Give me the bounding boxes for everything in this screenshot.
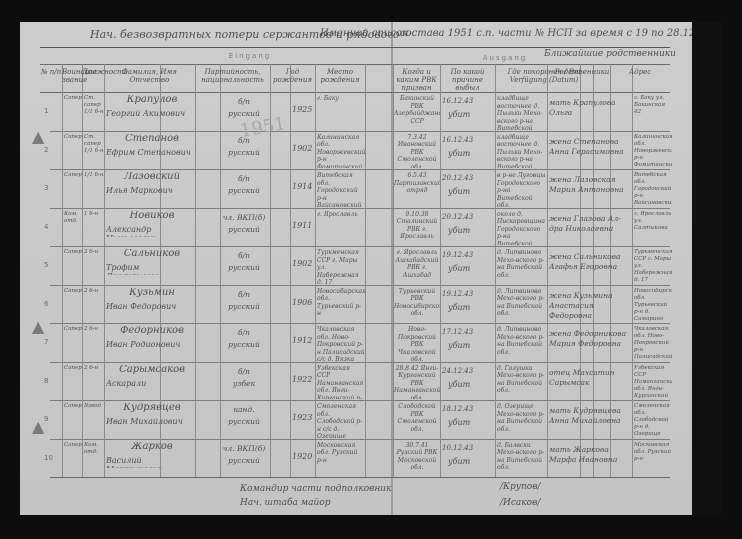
column-header: Год рождения	[270, 68, 315, 84]
nationality-cell: русский	[220, 263, 268, 273]
column-divider	[495, 64, 496, 477]
unit-cell: 2 б-н	[84, 249, 104, 284]
unit-cell: 2 б-н	[84, 288, 104, 323]
birthplace-cell: г. Ярославль	[317, 211, 365, 246]
footer-signature-2: /Исаков/	[500, 498, 540, 508]
burial-cell: в р-не Луговцы Городокского р-на Витебск…	[497, 172, 547, 207]
reason-cell: убит	[448, 341, 494, 351]
party-cell: чл. ВКП(б)	[220, 444, 268, 454]
drafted-cell: Турьевский РВК Новосибирской обл.	[394, 288, 440, 323]
date-cell: 10.12.43	[442, 444, 494, 454]
row-number: 5	[44, 261, 48, 269]
unit-cell: 1/1 б-н	[84, 172, 104, 207]
address-cell: Смоленская обл. Слободской р-н д. Озерищ…	[634, 403, 672, 438]
reason-cell: убит	[448, 457, 494, 467]
birthplace-cell: Чкаловская обл. Ново-Покровский р-н Пали…	[317, 326, 365, 361]
reason-cell: убит	[448, 110, 494, 120]
hole-punch-mark: ▲	[32, 127, 44, 146]
nationality-cell: русский	[220, 340, 268, 350]
column-header: Место рождения	[315, 68, 365, 84]
birth-year-cell: 1923	[292, 413, 314, 423]
birth-year-cell: 1906	[292, 298, 314, 308]
rank-cell: Сапер	[64, 134, 82, 169]
reason-cell: убит	[448, 187, 494, 197]
unit-cell: Ст. сапер 1/1 б-н	[84, 134, 104, 169]
burial-cell: д. Литвиново Мехо-вского р-на Витебской …	[497, 249, 547, 284]
row-number: 8	[44, 377, 48, 385]
drafted-cell: 9.10.38 Сталинский РВК г. Ярославль	[394, 211, 440, 246]
relative-cell: жена Лазовская Мария Антоновна	[549, 175, 631, 210]
relative-cell: отец Махсатин Сарымсак	[549, 368, 631, 403]
column-header: Воинское звание	[62, 68, 82, 84]
party-cell: б/п	[220, 174, 268, 184]
given-name-cell: Ефрим Степанович	[106, 148, 194, 160]
nationality-cell: русский	[220, 186, 268, 196]
section-relatives: Ближайшие родственники	[540, 50, 680, 58]
party-cell: б/п	[220, 97, 268, 107]
column-divider	[440, 64, 441, 477]
relative-cell: жена Глазова Ал-дра Николаевна	[549, 214, 631, 249]
birthplace-cell: Туркменская ССР г. Мары ул. Набережная д…	[317, 249, 365, 284]
party-cell: б/п	[220, 290, 268, 300]
unit-cell: 2 б-н	[84, 365, 104, 400]
given-name-cell: Василий Мартынович	[106, 456, 194, 468]
given-name-cell: Трофим Дмитриевич	[106, 263, 194, 275]
unit-cell: 1 б-н	[84, 211, 104, 246]
burial-cell: кладбище восточнее д. Пыльки Мехо-вского…	[497, 95, 547, 130]
column-divider	[315, 64, 316, 477]
footer-chief-of-staff: Нач. штаба майор	[240, 498, 330, 508]
unit-cell: 2 б-н	[84, 326, 104, 361]
surname-cell: Лазовский	[110, 172, 194, 184]
birthplace-cell: Витебская обл. Городокский р-н Вайсановс…	[317, 172, 365, 207]
rank-cell: Сапер	[64, 95, 82, 130]
surname-cell: Крапулов	[110, 95, 194, 107]
birth-year-cell: 1920	[292, 452, 314, 462]
rank-cell: Сапер	[64, 288, 82, 323]
unit-cell: Ст. сапер 1/1 б-н	[84, 95, 104, 130]
party-cell: чл. ВКП(б)	[220, 213, 268, 223]
drafted-cell: Ново-Покровский РВК Чкаловской обл.	[394, 326, 440, 361]
header-middle: Именной список	[320, 28, 408, 39]
relative-cell: мать Жаркова Марфа Ивановна	[549, 445, 631, 480]
given-name-cell: Иван Михайлович	[106, 417, 194, 429]
surname-cell: Кузьмин	[110, 288, 194, 300]
given-name-cell: Александр Николаевич	[106, 225, 194, 237]
footer-commander: Командир части подполковник	[240, 484, 391, 494]
column-divider	[290, 64, 291, 477]
column-header: Партийность, национальность	[195, 68, 270, 84]
address-cell: Витебская обл. Городокский р-н Вайсановс…	[634, 172, 672, 207]
rank-cell: Сапер	[64, 403, 82, 438]
birthplace-cell: Смоленская обл. Слободской р-н с/с д. Оз…	[317, 403, 365, 438]
birth-year-cell: 1902	[292, 144, 314, 154]
reason-cell: убит	[448, 380, 494, 390]
given-name-cell: Георгий Акимович	[106, 109, 194, 121]
surname-cell: Степанов	[110, 134, 194, 146]
document-sheet: Нач. безвозвратных потери сержантов и ря…	[20, 22, 692, 515]
column-divider	[547, 64, 548, 477]
unit-cell: Ком. отд.	[84, 442, 104, 477]
relative-cell: жена Степанова Анна Герасимовна	[549, 137, 631, 172]
address-cell: Московская обл. Рузский р-н	[634, 442, 672, 477]
address-cell: Узбекская ССР Наманганская обл. Янги-Кур…	[634, 365, 672, 400]
drafted-cell: Бакинский РВК Азербайджанской ССР	[394, 95, 440, 130]
burial-cell: д. Литвиново Мехо-вского р-на Витебской …	[497, 326, 547, 361]
address-cell: Калининская обл. Новоржевский р-н Фомити…	[634, 134, 672, 169]
row-number: 3	[44, 184, 48, 192]
row-number: 2	[44, 146, 48, 154]
column-header: Родственники	[547, 68, 617, 76]
given-name-cell: Иван Родионович	[106, 340, 194, 352]
section-ausgang: Ausgang	[475, 54, 535, 62]
row-divider	[40, 92, 670, 93]
column-divider	[104, 64, 105, 477]
relative-cell: жена Сальникова Агафья Егоровна	[549, 252, 631, 287]
drafted-cell: 7.3.42 Ивановский РВК Смоленской обл.	[394, 134, 440, 169]
unit-cell: Взвод	[84, 403, 104, 438]
column-divider	[365, 64, 366, 477]
surname-cell: Сарымсаков	[110, 365, 194, 377]
party-cell: б/п	[220, 251, 268, 261]
date-cell: 19.12.43	[442, 251, 494, 261]
column-header: № п/п	[40, 68, 62, 76]
date-cell: 20.12.43	[442, 213, 494, 223]
birthplace-cell: Узбекская ССР Наманганская обл. Янги-Кур…	[317, 365, 365, 400]
birthplace-cell: Московская обл. Рузский р-н	[317, 442, 365, 477]
rank-cell: Сапер	[64, 249, 82, 284]
date-cell: 17.12.43	[442, 328, 494, 338]
hole-punch-mark: ▲	[32, 417, 44, 436]
nationality-cell: русский	[220, 225, 268, 235]
surname-cell: Сальников	[110, 249, 194, 261]
nationality-cell: русский	[220, 302, 268, 312]
column-divider	[632, 64, 633, 477]
address-cell: г. Баку ул. Бакинская 42	[634, 95, 672, 130]
column-divider	[195, 64, 196, 477]
reason-cell: убит	[448, 149, 494, 159]
nationality-cell: русский	[220, 456, 268, 466]
date-cell: 20.12.43	[442, 174, 494, 184]
burial-cell: д. Литвиново Мехо-вского р-на Витебской …	[497, 288, 547, 323]
hole-punch-mark: ▲	[32, 317, 44, 336]
drafted-cell: г. Ярославль Ашхабадский РВК г. Ашхабад	[394, 249, 440, 284]
burial-cell: кладбище восточнее д. Пыльки Мехо-вского…	[497, 134, 547, 169]
header-right: состава 1951 с.п. части № НСП за время с…	[400, 28, 723, 39]
birthplace-cell: Калининская обл. Новоржевский р-н Фомити…	[317, 134, 365, 169]
row-divider	[40, 64, 670, 65]
column-header: Фамилия, Имя Отчество	[104, 68, 195, 84]
birthplace-cell: Новосибирская обл. Турьевский р-н	[317, 288, 365, 323]
rank-cell: Сапер	[64, 172, 82, 207]
drafted-cell: 28.8.42 Янги-Курганский РВК Наманганской…	[394, 365, 440, 400]
surname-cell: Федорников	[110, 326, 194, 338]
column-header: Должность	[82, 68, 104, 76]
relative-cell: мать Крапулова Ольга	[549, 98, 631, 133]
burial-cell: д. Озерище Мехо-вского р-на Витебской об…	[497, 403, 547, 438]
birth-year-cell: 1911	[292, 221, 314, 231]
header-rule	[40, 47, 670, 48]
drafted-cell: 30.7.41 Рузский РВК Московской обл.	[394, 442, 440, 477]
party-cell: канд. ВКП(б)	[220, 405, 268, 415]
given-name-cell: Аскарали	[106, 379, 194, 391]
relative-cell: жена Федорникова Мария Федоровна	[549, 329, 631, 364]
date-cell: 19.12.43	[442, 290, 494, 300]
footer-signature-1: /Крупов/	[500, 482, 540, 492]
birth-year-cell: 1925	[292, 105, 314, 115]
column-header: Когда и каким РВК призван	[393, 68, 440, 92]
surname-cell: Кудрявцев	[110, 403, 194, 415]
date-cell: 16.12.43	[442, 136, 494, 146]
column-divider	[82, 64, 83, 477]
row-number: 6	[44, 300, 48, 308]
row-number: 1	[44, 107, 48, 115]
column-header: По какой причине выбыл	[440, 68, 495, 92]
scan-border	[692, 22, 722, 515]
date-cell: 24.12.43	[442, 367, 494, 377]
birthplace-cell: г. Баку	[317, 95, 365, 130]
rank-cell: Ком. отд.	[64, 211, 82, 246]
row-number: 9	[44, 415, 48, 423]
date-cell: 16.12.43	[442, 97, 494, 107]
rank-cell: Сапер	[64, 326, 82, 361]
birth-year-cell: 1922	[292, 375, 314, 385]
row-number: 10	[44, 454, 53, 462]
nationality-cell: русский	[220, 148, 268, 158]
burial-cell: около д. Пискаревщина Городокского р-на …	[497, 211, 547, 246]
birth-year-cell: 1914	[292, 182, 314, 192]
section-eingang: Eingang	[180, 52, 320, 60]
given-name-cell: Иван Федорович	[106, 302, 194, 314]
reason-cell: убит	[448, 303, 494, 313]
reason-cell: убит	[448, 226, 494, 236]
birth-year-cell: 1912	[292, 336, 314, 346]
reason-cell: убит	[448, 264, 494, 274]
relative-cell: жена Кузьмина Анастасия Федоровна	[549, 291, 631, 326]
birth-year-cell: 1902	[292, 259, 314, 269]
surname-cell: Новиков	[110, 211, 194, 223]
party-cell: б/п	[220, 328, 268, 338]
party-cell: б/п	[220, 367, 268, 377]
drafted-cell: 6.5.43 Партизанский отряд	[394, 172, 440, 207]
relative-cell: мать Кудрявцева Анна Михайловна	[549, 406, 631, 441]
drafted-cell: Слободской РВК Смоленской обл.	[394, 403, 440, 438]
row-number: 4	[44, 223, 48, 231]
given-name-cell: Илья Маркович	[106, 186, 194, 198]
address-cell: Новосибирская обл. Турьевский р-н д. Сам…	[634, 288, 672, 323]
column-divider	[62, 64, 63, 477]
surname-cell: Жарков	[110, 442, 194, 454]
burial-cell: д. Галушки Мехо-вского р-на Витебской об…	[497, 365, 547, 400]
nationality-cell: русский	[220, 417, 268, 427]
address-cell: Туркменская ССР г. Мары ул. Набережная д…	[634, 249, 672, 284]
address-cell: Чкаловская обл. Ново-Покровский р-н Пали…	[634, 326, 672, 361]
rank-cell: Сапер	[64, 442, 82, 477]
row-number: 7	[44, 338, 48, 346]
column-header: Адрес	[610, 68, 670, 76]
nationality-cell: узбек	[220, 379, 268, 389]
rank-cell: Сапер	[64, 365, 82, 400]
date-cell: 18.12.43	[442, 405, 494, 415]
reason-cell: убит	[448, 418, 494, 428]
burial-cell: д. Балвски Мехо-вского р-на Витебской об…	[497, 442, 547, 477]
address-cell: г. Ярославль ул. Салтыкова	[634, 211, 672, 246]
